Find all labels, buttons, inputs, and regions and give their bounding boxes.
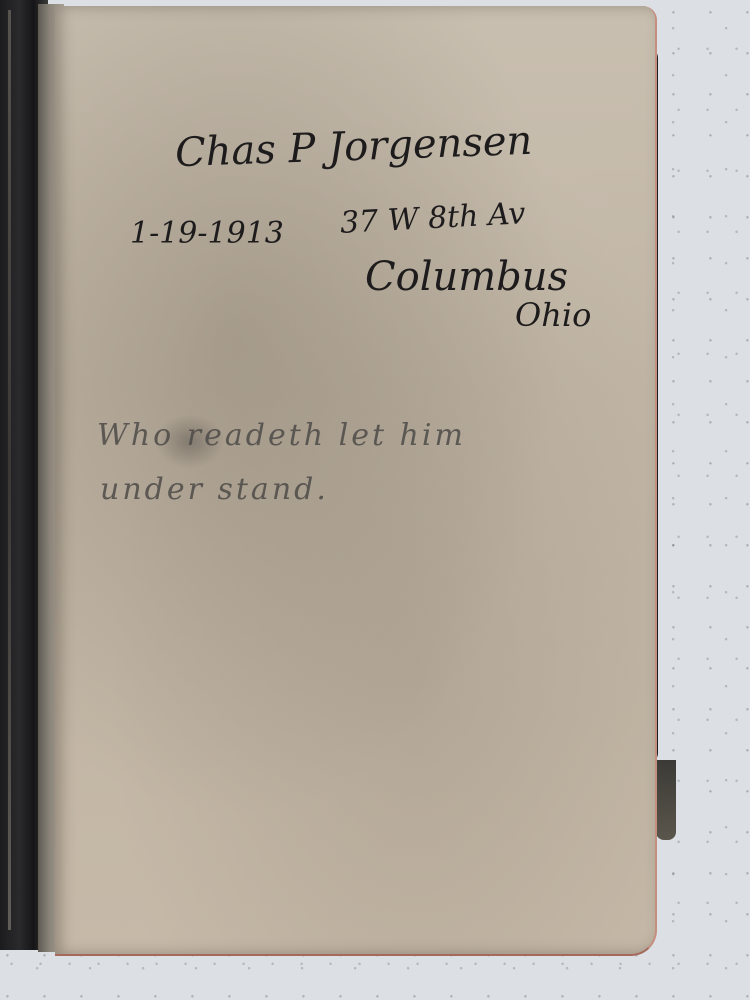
owner-signature: Chas P Jorgensen: [174, 118, 533, 176]
flyleaf-page: Chas P Jorgensen 1-19-1913 37 W 8th Av C…: [55, 6, 657, 956]
street-address: 37 W 8th Av: [339, 196, 526, 241]
cover-worn-corner: [656, 760, 676, 840]
inscription-date: 1-19-1913: [130, 216, 284, 251]
pencil-note-line-1: Who readeth let him: [97, 418, 466, 453]
state: Ohio: [515, 296, 591, 334]
pencil-note-line-2: under stand.: [100, 472, 329, 507]
city: Columbus: [365, 254, 568, 300]
